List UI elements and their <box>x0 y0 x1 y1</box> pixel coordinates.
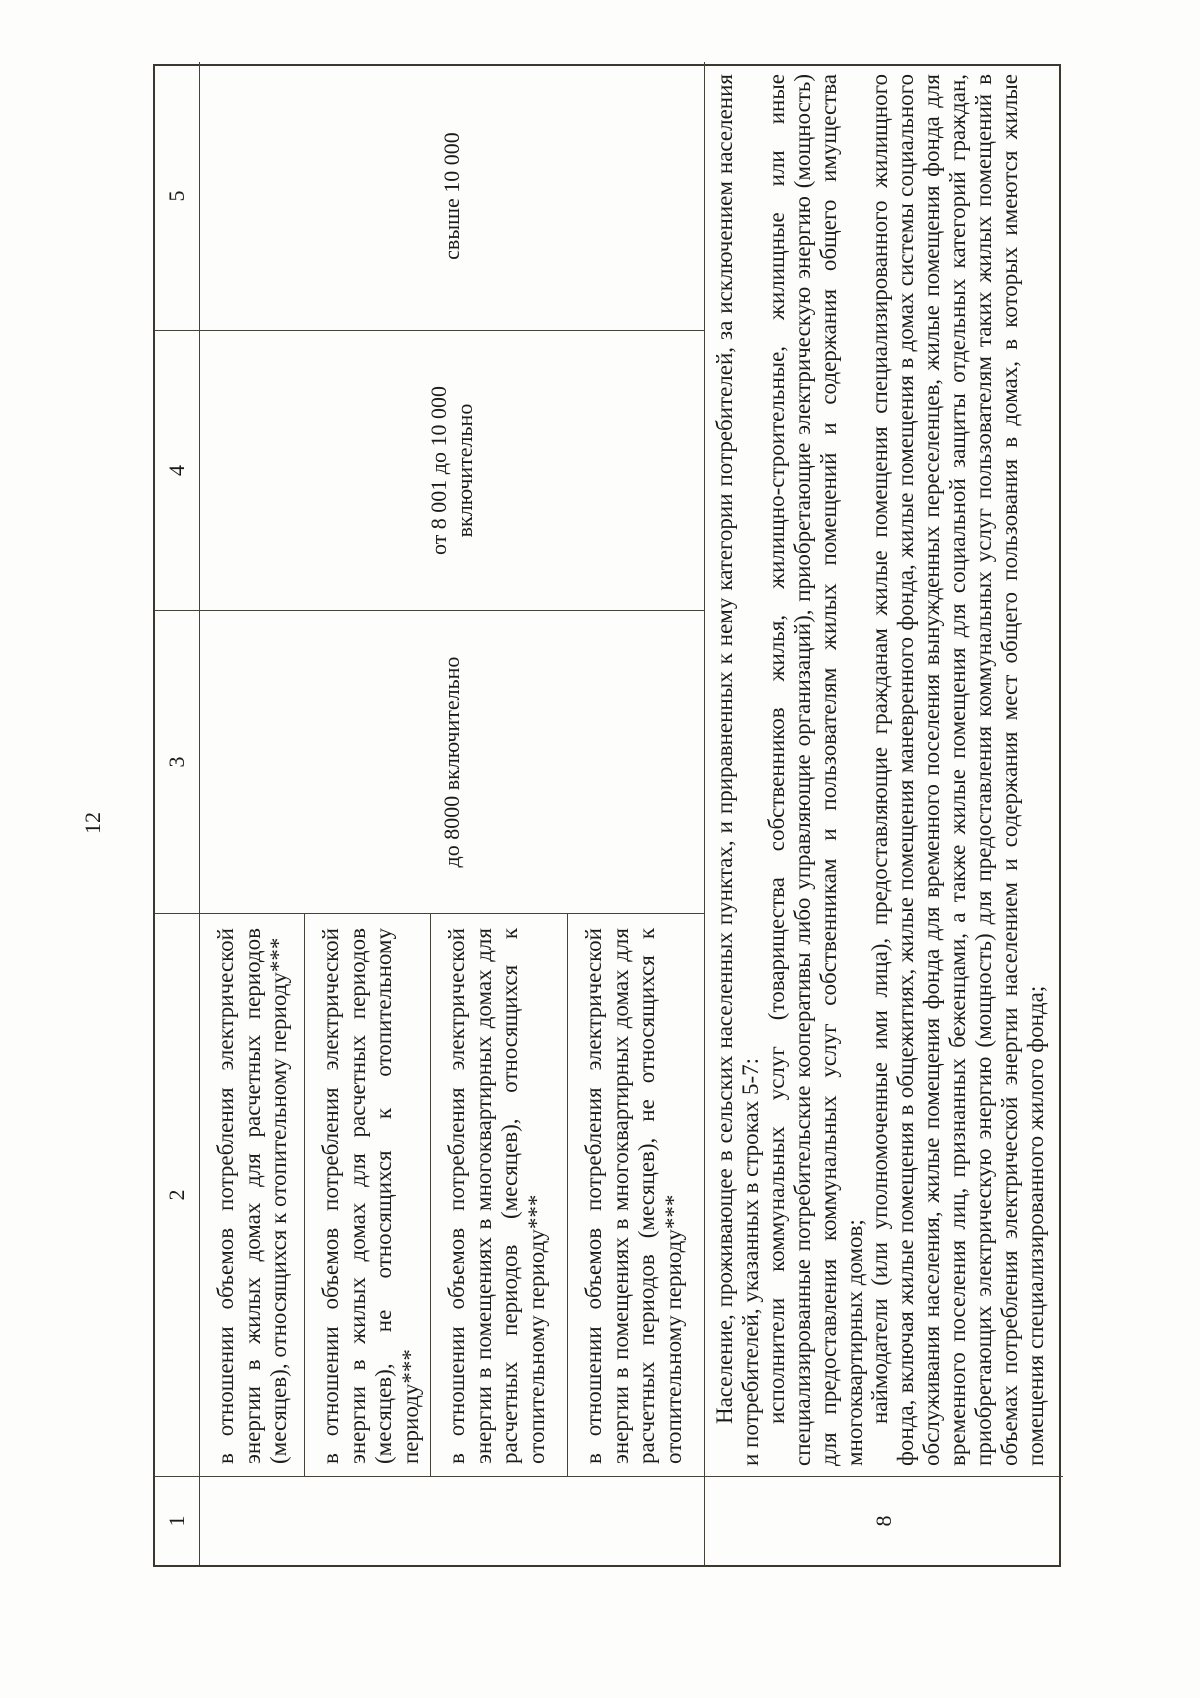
description-line: (месяцев), относящихся к отопительному п… <box>266 928 293 1464</box>
column-header-3: 3 <box>155 610 200 913</box>
consumption-row-description-4: в отношении объемов потребления электрич… <box>568 913 705 1476</box>
document-page: 12 1 2 3 4 5 в отношении объемов потребл… <box>0 0 1200 1698</box>
description-line: в отношении объемов потребления электрич… <box>213 928 240 1464</box>
description-line: отопительному периоду*** <box>661 928 688 1464</box>
consumption-row-description-2: в отношении объемов потребления электрич… <box>305 913 431 1476</box>
row8-paragraph-2: исполнители коммунальных услуг (товарище… <box>764 74 868 1466</box>
description-line: энергии в помещениях в многоквартирных д… <box>608 928 635 1464</box>
description-line: энергии в жилых домах для расчетных пери… <box>240 928 267 1464</box>
column-header-1: 1 <box>155 1476 200 1565</box>
consumption-row-description-3: в отношении объемов потребления электрич… <box>431 913 568 1476</box>
column-header-5: 5 <box>155 62 200 330</box>
range-cell-col3: до 8000 включительно <box>200 610 705 913</box>
page-number: 12 <box>80 802 106 844</box>
description-line: энергии в помещениях в многоквартирных д… <box>471 928 498 1464</box>
consumption-row-description-1: в отношении объемов потребления электрич… <box>200 913 305 1476</box>
description-line: расчетных периодов (месяцев), относящихс… <box>497 928 524 1464</box>
range-value: до 8000 включительно <box>439 657 465 868</box>
range-cell-col5: свыше 10 000 <box>200 62 705 330</box>
description-line: отопительному периоду*** <box>524 928 551 1464</box>
row8-description-cell: Население, проживающее в сельских населе… <box>705 62 1063 1476</box>
row8-paragraph-3: наймодатели (или уполномоченные ими лица… <box>867 74 1048 1466</box>
description-line: в отношении объемов потребления электрич… <box>444 928 471 1464</box>
description-line: в отношении объемов потребления электрич… <box>581 928 608 1464</box>
row8-number-cell: 8 <box>705 1476 1063 1565</box>
description-line: периоду*** <box>398 928 425 1464</box>
column-header-4: 4 <box>155 330 200 610</box>
description-line: расчетных периодов (месяцев), не относящ… <box>634 928 661 1464</box>
row-number-empty-cell <box>200 1476 705 1565</box>
description-line: (месяцев), не относящихся к отопительном… <box>371 928 398 1464</box>
rotated-sheet: 1 2 3 4 5 в отношении объемов потреблени… <box>153 64 1061 1567</box>
range-value: свыше 10 000 <box>439 132 465 260</box>
tariff-table: 1 2 3 4 5 в отношении объемов потреблени… <box>153 64 1061 1567</box>
range-cell-col4: от 8 001 до 10 000 включительно <box>200 330 705 610</box>
row8-paragraph-1: Население, проживающее в сельских населе… <box>712 74 764 1466</box>
description-line: в отношении объемов потребления электрич… <box>318 928 345 1464</box>
range-value: от 8 001 до 10 000 включительно <box>426 368 478 573</box>
description-line: энергии в жилых домах для расчетных пери… <box>345 928 372 1464</box>
column-header-2: 2 <box>155 913 200 1476</box>
